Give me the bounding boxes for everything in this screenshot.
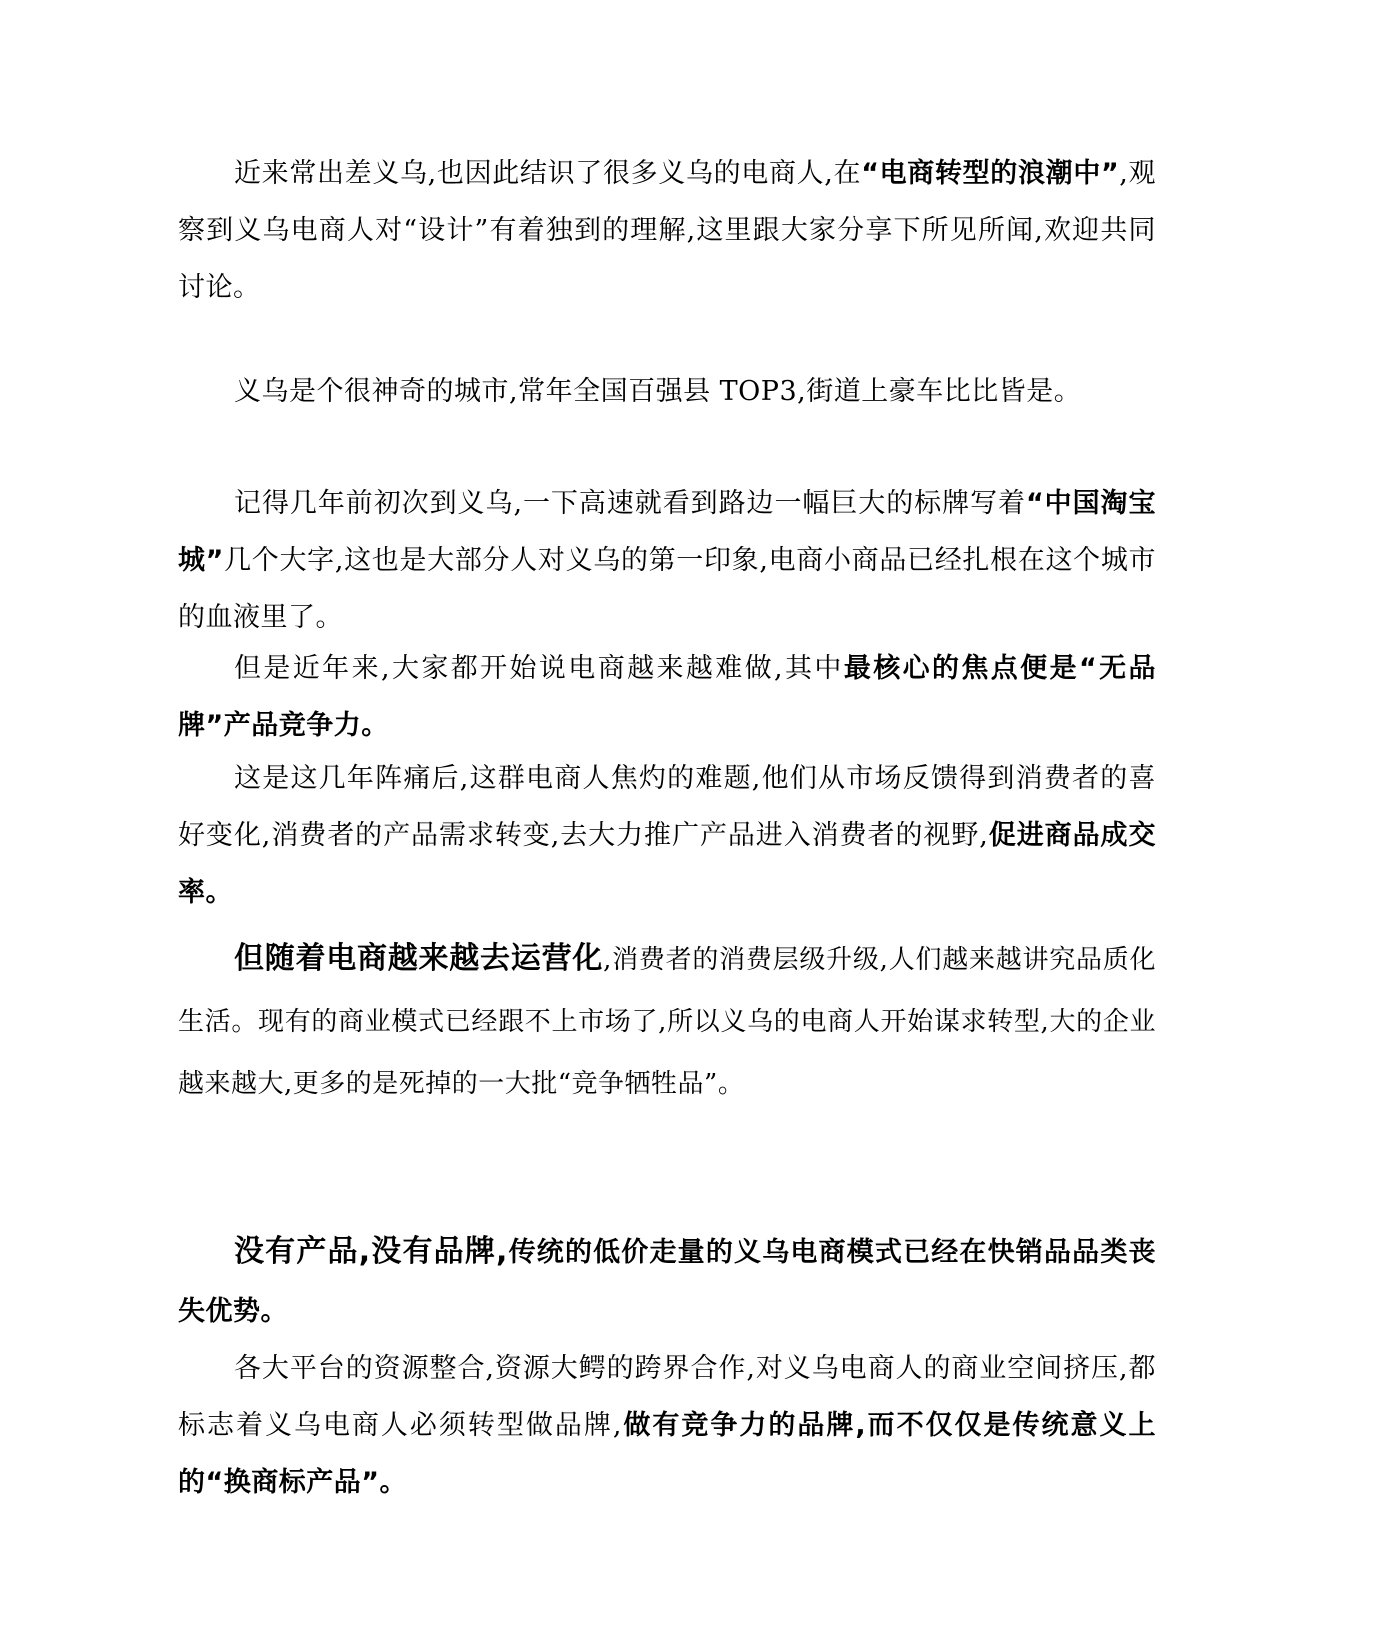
text-segment: 但是近年来,大家都开始说电商越来越难做,其中 — [234, 653, 844, 684]
paragraph-platform-integration: 各大平台的资源整合,资源大鳄的跨界合作,对义乌电商人的商业空间挤压,都标志着义乌… — [178, 1340, 1156, 1511]
text-segment: 几个大字,这也是大部分人对义乌的第一印象,电商小商品已经扎根在这个城市的血液里了… — [178, 545, 1156, 633]
paragraph-taobao-city: 记得几年前初次到义乌,一下高速就看到路边一幅巨大的标牌写着“中国淘宝城”几个大字… — [178, 475, 1156, 646]
paragraph-de-operation: 但随着电商越来越去运营化,消费者的消费层级升级,人们越来越讲究品质化生活。现有的… — [178, 928, 1156, 1115]
large-bold-text-segment: 但随着电商越来越去运营化 — [234, 941, 603, 976]
text-segment: 义乌是个很神奇的城市,常年全国百强县 TOP3,街道上豪车比比皆是。 — [234, 376, 1081, 407]
paragraph-no-brand: 但是近年来,大家都开始说电商越来越难做,其中最核心的焦点便是“无品牌”产品竞争力… — [178, 640, 1156, 754]
bold-text-segment: “电商转型的浪潮中” — [861, 158, 1119, 189]
paragraph-yiwu-city: 义乌是个很神奇的城市,常年全国百强县 TOP3,街道上豪车比比皆是。 — [178, 363, 1156, 420]
paragraph-consumer-demand: 这是这几年阵痛后,这群电商人焦灼的难题,他们从市场反馈得到消费者的喜好变化,消费… — [178, 750, 1156, 921]
text-segment: 近来常出差义乌,也因此结识了很多义乌的电商人,在 — [234, 158, 861, 189]
paragraph-intro: 近来常出差义乌,也因此结识了很多义乌的电商人,在“电商转型的浪潮中”,观察到义乌… — [178, 145, 1156, 316]
text-segment: 记得几年前初次到义乌,一下高速就看到路边一幅巨大的标牌写着 — [234, 488, 1026, 519]
paragraph-no-product-no-brand: 没有产品,没有品牌,传统的低价走量的义乌电商模式已经在快销品品类丧失优势。 — [178, 1222, 1156, 1341]
large-bold-text-segment: 没有产品,没有品牌, — [234, 1234, 508, 1269]
